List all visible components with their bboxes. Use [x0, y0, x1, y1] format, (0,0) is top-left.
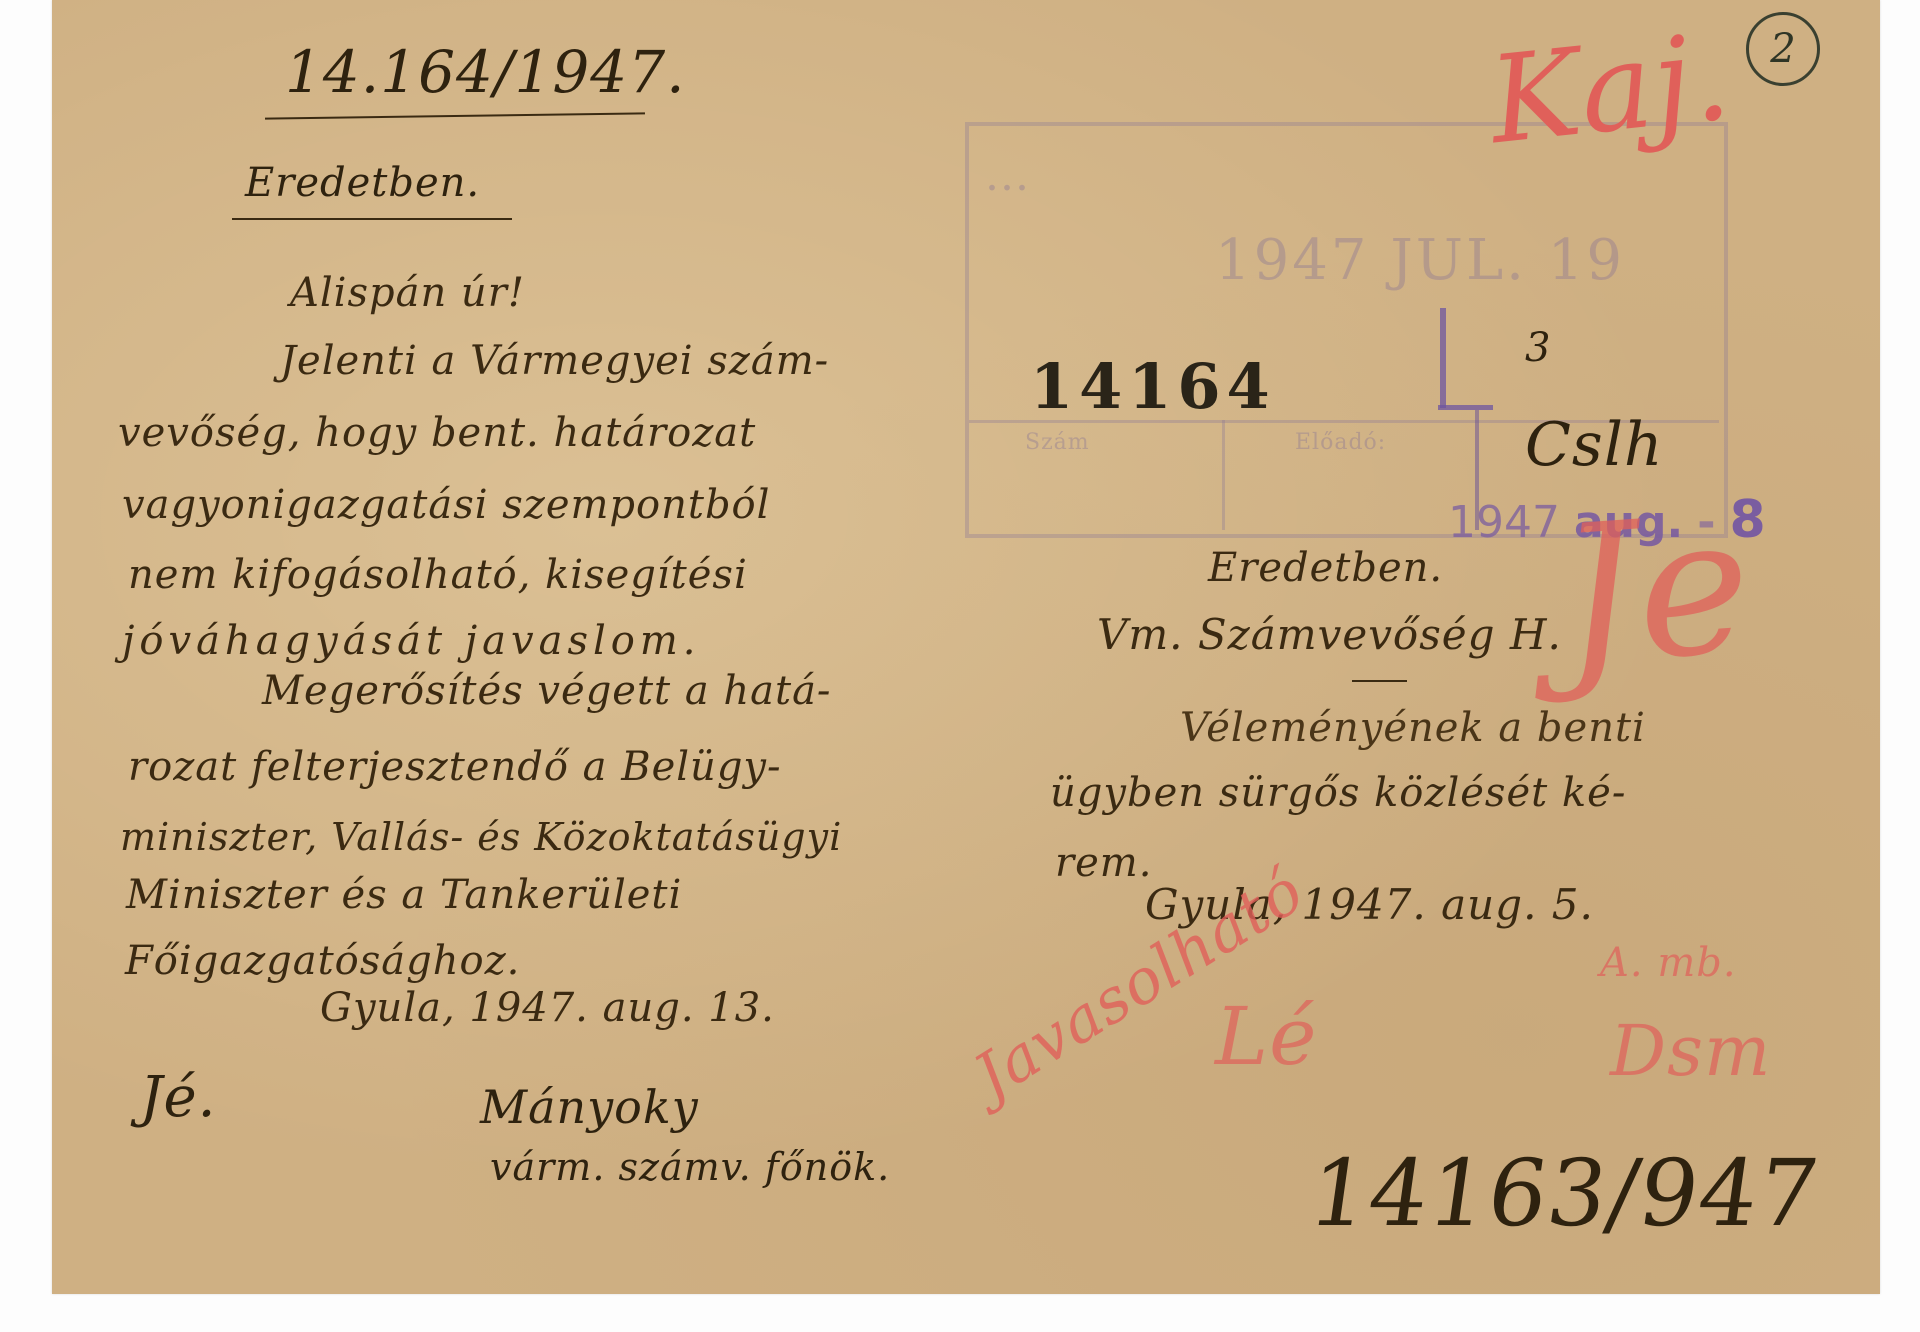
page-number-circled: 2 — [1746, 12, 1820, 86]
signature-title: várm. számv. főnök. — [490, 1145, 890, 1189]
body-line-3: vagyonigazgatási szempontból — [122, 482, 770, 528]
body-line-8: miniszter, Vallás- és Közoktatásügyi — [120, 815, 842, 859]
heading-eredetben-left: Eredetben. — [245, 160, 480, 206]
red-annotation-je: Je — [1553, 474, 1759, 708]
heading-eredetben-right: Eredetben. — [1208, 545, 1443, 591]
right-body-line-2: ügyben sürgős közlését ké- — [1050, 770, 1626, 816]
purple-bracket-horizontal — [1438, 405, 1493, 410]
page-number-text: 2 — [1770, 26, 1795, 72]
purple-bracket-vertical — [1440, 308, 1446, 408]
addressee: Vm. Számvevőség H. — [1097, 610, 1562, 659]
right-body-line-1: Véleményének a benti — [1180, 705, 1646, 751]
addressee-underline — [1352, 680, 1407, 682]
red-annotation-amb: A. mb. — [1600, 940, 1737, 986]
stamp-faded-header: ... — [985, 150, 1030, 201]
handwritten-digit-3: 3 — [1525, 325, 1551, 371]
red-annotation-kaj: Kaj. — [1483, 8, 1737, 171]
stamp-label-eloado: Előadó: — [1295, 430, 1386, 455]
body-line-2: vevőség, hogy bent. határozat — [118, 410, 756, 456]
signature: Mányoky — [480, 1080, 699, 1134]
registry-number: 14164 — [1030, 350, 1276, 423]
handwritten-initials-cslh: Cslh — [1525, 410, 1664, 480]
bottom-reference-number: 14163/947 — [1302, 1140, 1825, 1247]
date-line-left: Gyula, 1947. aug. 13. — [320, 985, 775, 1031]
salutation: Alispán úr! — [290, 270, 525, 316]
red-annotation-le: Lé — [1215, 990, 1317, 1083]
right-body-line-3: rem. — [1055, 840, 1152, 886]
stamp-label-szam: Szám — [1025, 430, 1090, 455]
stamp-divider-v1 — [1222, 420, 1225, 530]
body-line-10: Főigazgatósághoz. — [125, 938, 520, 984]
red-annotation-dsm: Dsm — [1610, 1010, 1771, 1092]
reference-number: 14.164/1947. — [285, 38, 686, 106]
body-line-6: Megerősítés végett a hatá- — [262, 668, 831, 714]
initials-left: Jé. — [140, 1065, 216, 1130]
stamp-faded-date: 1947 JUL. 19 — [1215, 228, 1625, 293]
stamp-year: 1947 — [1448, 497, 1560, 548]
body-line-5: jóváhagyását javaslom. — [122, 618, 701, 664]
body-line-1: Jelenti a Vármegyei szám- — [280, 338, 829, 384]
body-line-4: nem kifogásolható, kisegítési — [128, 552, 748, 598]
body-line-7: rozat felterjesztendő a Belügy- — [128, 744, 782, 790]
body-line-9: Miniszter és a Tankerületi — [126, 872, 682, 918]
heading-underline — [232, 218, 512, 220]
